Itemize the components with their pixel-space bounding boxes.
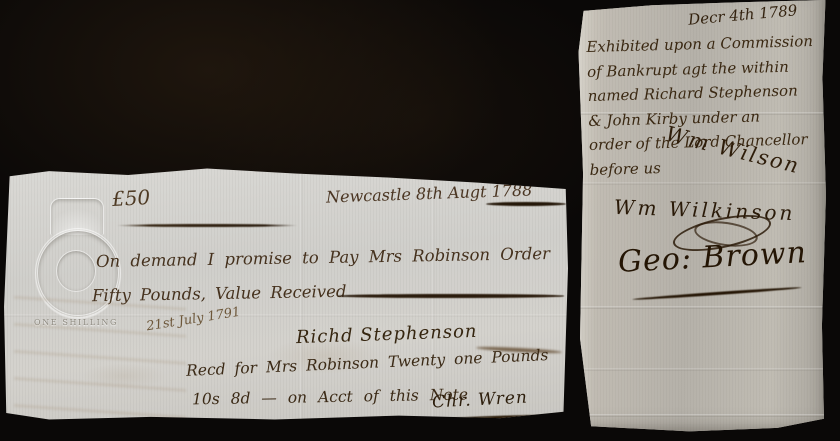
photograph-background: ONE SHILLING £50 Newcastle 8th Augt 1788…	[0, 0, 840, 441]
paper-crease	[576, 368, 828, 371]
note-amount: £50	[111, 185, 150, 211]
ink-rule	[486, 202, 566, 206]
endorsement-date: Decr 4th 1789	[687, 1, 798, 28]
paper-crease	[576, 414, 828, 417]
ink-rule	[338, 294, 564, 298]
witness-signature-brown: Geo: Brown	[617, 235, 807, 280]
signature-underline	[434, 414, 552, 421]
endorsement-paper: Decr 4th 1789 Exhibited upon a Commissio…	[576, 0, 828, 434]
promissory-note-paper: ONE SHILLING £50 Newcastle 8th Augt 1788…	[4, 166, 568, 422]
receipt-line-1: Recd for Mrs Robinson Twenty one Pounds	[186, 346, 549, 380]
signature-underline	[632, 286, 802, 301]
maker-signature: Richd Stephenson	[296, 321, 478, 348]
paper-crease	[576, 306, 828, 309]
receipt-signature: Chr. Wren	[432, 388, 529, 413]
ink-rule	[116, 224, 298, 227]
paper-crease	[576, 182, 828, 185]
receipt-line-2: 10s 8d — on Acct of this Note	[192, 386, 468, 409]
note-body-line-1: On demand I promise to Pay Mrs Robinson …	[96, 244, 550, 271]
note-body-line-2: Fifty Pounds, Value Received	[92, 282, 347, 305]
